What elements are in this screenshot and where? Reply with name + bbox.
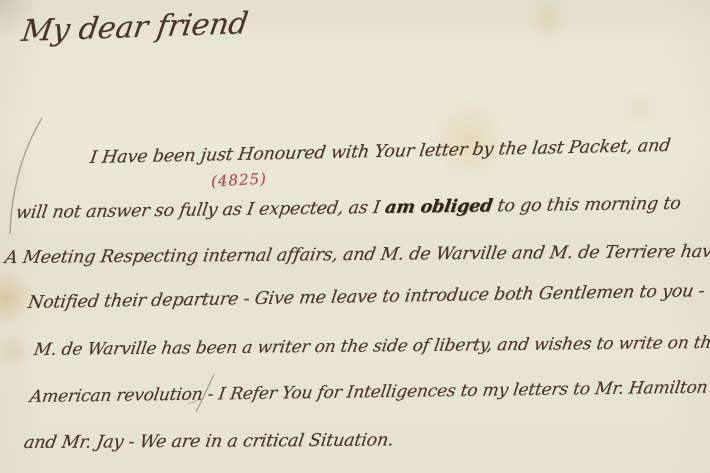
letter-page: My dear friend I Have been just Honoured… (0, 0, 710, 473)
body-line-2: will not answer so fully as I expected, … (15, 193, 709, 223)
body-line-5: M. de Warville has been a writer on the … (33, 333, 709, 360)
salutation: My dear friend (20, 6, 251, 49)
body-line-3: A Meeting Respecting internal affairs, a… (4, 242, 708, 268)
body-line-2-start: will not answer so fully as I expected, … (15, 198, 387, 223)
body-line-1: I Have been just Honoured with Your lett… (89, 135, 709, 168)
overwritten-words: am obliged (384, 196, 494, 217)
body-line-4: Notified their departure - Give me leave… (27, 281, 708, 313)
body-line-7: and Mr. Jay - We are in a critical Situa… (22, 430, 405, 453)
body-line-2-end: to go this morning to (491, 194, 682, 217)
body-line-6: American revolution - I Refer You for In… (29, 378, 701, 407)
catalog-number-annotation: (4825) (211, 170, 268, 191)
